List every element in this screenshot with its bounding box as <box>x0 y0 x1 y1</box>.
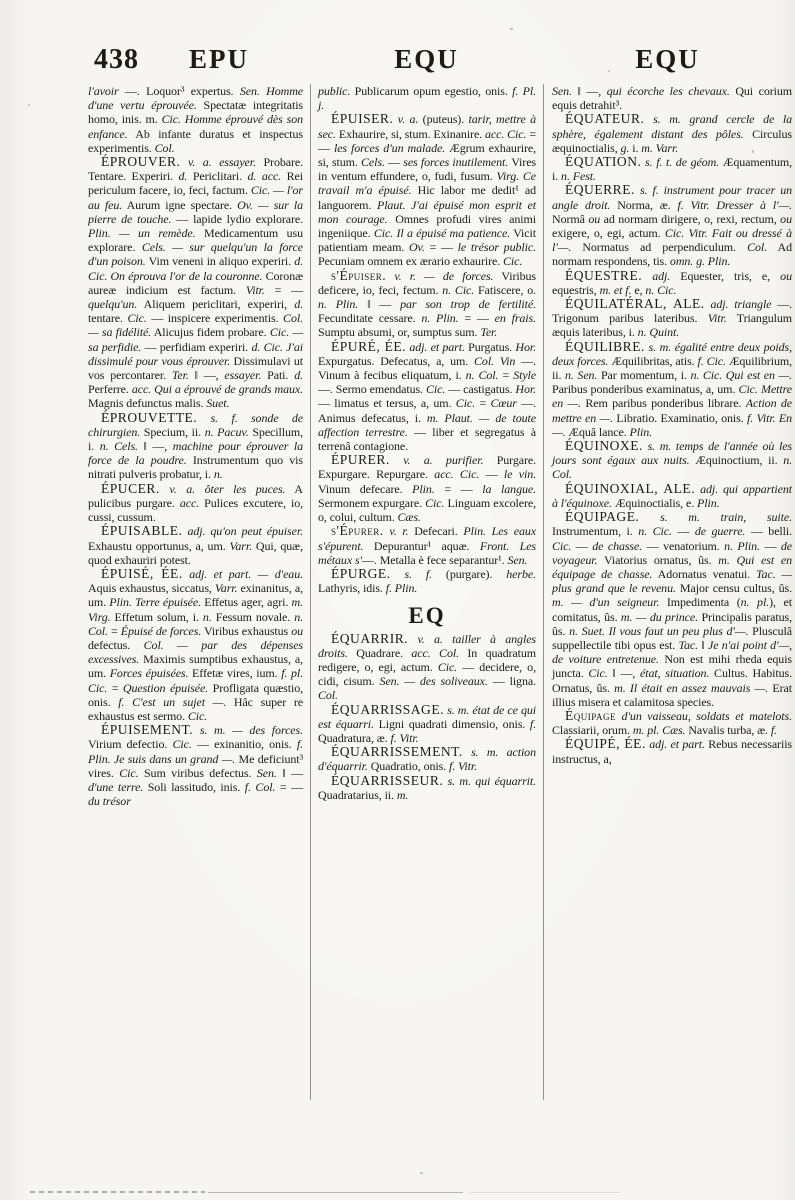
dictionary-entry: Sen. ‖ —, qui écorche les chevaux. Qui c… <box>552 84 792 112</box>
scan-artifact-line <box>30 1191 205 1193</box>
dictionary-entry: ÉQUIPÉ, ÉE. adj. et part. Rebus necessar… <box>552 737 792 765</box>
dictionary-entry: ÉPUISEMENT. s. m. — des forces. Virium d… <box>88 723 303 808</box>
dictionary-entry: ÉQUILATÉRAL, ALE. adj. triangle —. Trigo… <box>552 297 792 340</box>
scan-speck <box>608 70 610 72</box>
dictionary-entry: ÉQUERRE. s. f. instrument pour tracer un… <box>552 183 792 268</box>
dictionary-entry: ÉQUARRIR. v. a. tailler à angles droits.… <box>318 632 536 703</box>
scan-artifact-line <box>208 1192 463 1193</box>
dictionary-entry: ÉPURGE. s. f. (purgare). herbe. Lathyris… <box>318 567 536 595</box>
dictionary-entry: ÉQUATEUR. s. m. grand cercle de la sphèr… <box>552 112 792 155</box>
column-1: l'avoir —. Loquor³ expertus. Sen. Homme … <box>88 84 310 1100</box>
section-heading: EQ <box>318 609 536 623</box>
dictionary-entry: Équipage d'un vaisseau, soldats et matel… <box>552 709 792 737</box>
dictionary-entry: ÉQUARRISSAGE. s. m. état de ce qui est é… <box>318 703 536 746</box>
dictionary-entry: ÉQUINOXE. s. m. temps de l'année où les … <box>552 439 792 482</box>
dictionary-entry: s'Épurer. v. r. Defecari. Plin. Les eaux… <box>318 524 536 567</box>
dictionary-entry: ÉQUARRISSEUR. s. m. qui équarrit. Quadra… <box>318 774 536 802</box>
dictionary-entry: ÉPURER. v. a. purifier. Purgare. Expurga… <box>318 453 536 524</box>
dictionary-entry: ÉQUATION. s. f. t. de géom. Æquamentum, … <box>552 155 792 183</box>
dictionary-entry: ÉPUCER. v. a. ôter les puces. A pulicibu… <box>88 482 303 525</box>
dictionary-entry: ÉPROUVETTE. s. f. sonde de chirurgien. S… <box>88 411 303 482</box>
dictionary-entry: l'avoir —. Loquor³ expertus. Sen. Homme … <box>88 84 303 155</box>
column-2: public. Publicarum opum egestio, onis. f… <box>310 84 543 1100</box>
dictionary-entry: ÉQUIPAGE. s. m. train, suite. Instrument… <box>552 510 792 709</box>
dictionary-entry: ÉQUINOXIAL, ALE. adj. qui appartient à l… <box>552 482 792 510</box>
page-header: 438 EPU EQU EQU <box>88 44 792 84</box>
dictionary-entry: ÉQUILIBRE. s. m. égalité entre deux poid… <box>552 340 792 439</box>
dictionary-entry: ÉQUESTRE. adj. Equester, tris, e, ou equ… <box>552 269 792 297</box>
text-columns: l'avoir —. Loquor³ expertus. Sen. Homme … <box>88 84 792 1100</box>
dictionary-entry: public. Publicarum opum egestio, onis. f… <box>318 84 536 112</box>
dictionary-page: 438 EPU EQU EQU l'avoir —. Loquor³ exper… <box>88 44 792 1100</box>
column-3: Sen. ‖ —, qui écorche les chevaux. Qui c… <box>543 84 792 1100</box>
scan-speck <box>28 104 30 106</box>
dictionary-entry: ÉPUISÉ, ÉE. adj. et part. — d'eau. Aquis… <box>88 567 303 723</box>
running-head-col2: EQU <box>310 44 543 75</box>
dictionary-entry: ÉPUISABLE. adj. qu'on peut épuiser. Exha… <box>88 524 303 567</box>
dictionary-entry: ÉPROUVER. v. a. essayer. Probare. Tentar… <box>88 155 303 411</box>
dictionary-entry: ÉPUISER. v. a. (puteus). tarir, mettre à… <box>318 112 536 268</box>
scan-artifact-line <box>470 1192 620 1193</box>
scan-speck <box>420 1172 423 1174</box>
running-head-col1: EPU <box>88 44 310 75</box>
scan-speck <box>510 28 513 30</box>
running-head-col3: EQU <box>543 44 792 75</box>
dictionary-entry: ÉPURÉ, ÉE. adj. et part. Purgatus. Hor. … <box>318 340 536 454</box>
scan-speck <box>752 150 754 153</box>
dictionary-entry: s'Épuiser. v. r. — de forces. Viribus de… <box>318 269 536 340</box>
dictionary-entry: ÉQUARRISSEMENT. s. m. action d'équarrir.… <box>318 745 536 773</box>
